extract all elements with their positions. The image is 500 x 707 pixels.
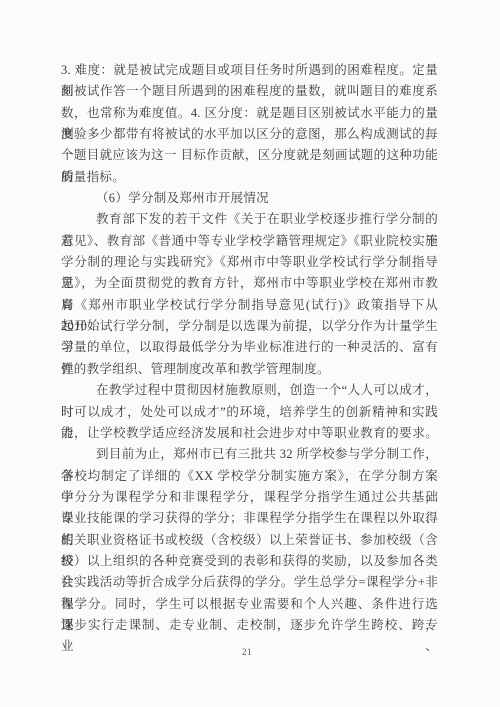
text-line: 教育部下发的若干文件《关于在职业学校逐步推行学分制的若干 [61, 209, 438, 230]
text-line: 学分分为课程学分和非课程学分，课程学分指学生通过公共基础课、 [61, 487, 438, 508]
document-page: 3. 难度：就是被试完成题目或项目任务时所遇到的困难程度。定量刻画被试作答一个题… [0, 0, 500, 707]
text-line: 在教学过程中贯彻因材施教原则，创造一个“人人可以成才，时 [61, 380, 438, 401]
text-line: 起开始试行学分制，学分制是以选课为前提，以学分作为计量学生学 [61, 316, 438, 337]
text-block: 3. 难度：就是被试完成题目或项目任务时所遇到的困难程度。定量刻画被试作答一个题… [61, 60, 438, 636]
text-line: （6）学分制及郑州市开展情况 [61, 188, 438, 209]
text-line: 专业技能课的学习获得的学分；非课程学分指学生在课程以外取得的 [61, 508, 438, 529]
text-line: 力，让学校教学适应经济发展和社会进步对中等职业教育的要求。 [61, 423, 438, 444]
text-line: 逐步实行走课制、走专业制、走校制，逐步允许学生跨校、跨专业、 [61, 615, 438, 636]
page-number: 21 [0, 647, 494, 657]
text-line: 测验多少都带有将被试的水平加以区分的意图，那么构成测试的每一 [61, 124, 438, 145]
text-line: 时可以成才，处处可以成才”的环境，培养学生的创新精神和实践能 [61, 402, 438, 423]
text-line: 学分制的理论与实践研究》《郑州市中等职业学校试行学分制指导意 [61, 252, 438, 273]
text-line: 个题目就应该为这一 目标作贡献，区分度就是刻画试题的这种功能的 [61, 145, 438, 166]
text-line: 到目前为止，郑州市已有三批共 32 所学校参与学分制工作，各 [61, 444, 438, 465]
text-line: 见》，为全面贯彻党的教育方针，郑州市中等职业学校在郑州市教育 [61, 273, 438, 294]
text-line: 级）以上组织的各种竞赛受到的表彰和获得的奖励，以及参加各类社 [61, 551, 438, 572]
text-line: 相关职业资格证书或校级（含校级）以上荣誉证书、参加校级（含校 [61, 530, 438, 551]
text-line: 程学分。同时，学生可以根据专业需要和个人兴趣、条件进行选课， [61, 594, 438, 615]
text-line: 3. 难度：就是被试完成题目或项目任务时所遇到的困难程度。定量刻 [61, 60, 438, 81]
text-line: 局《郑州市职业学校试行学分制指导意见(试行)》政策指导下从 2010 [61, 295, 438, 316]
text-line: 意见》、教育部《普通中等专业学校学籍管理规定》《职业院校实施 [61, 231, 438, 252]
text-line: 会实践活动等折合成学分后获得的学分。学生总学分=课程学分+非课 [61, 572, 438, 593]
text-line: 画被试作答一个题目所遇到的困难程度的量数，就叫题目的难度系 [61, 81, 438, 102]
text-line: 习量的单位，以取得最低学分为毕业标准进行的一种灵活的、富有弹 [61, 337, 438, 358]
text-line: 性的教学组织、管理制度改革和教学管理制度。 [61, 359, 438, 380]
text-line: 数，也常称为难度值。4. 区分度：就是题目区别被试水平能力的量度。 [61, 103, 438, 124]
text-line: 质量指标。 [61, 167, 438, 188]
text-line: 学校均制定了详细的《XX 学校学分制实施方案》，在学分制方案中， [61, 466, 438, 487]
